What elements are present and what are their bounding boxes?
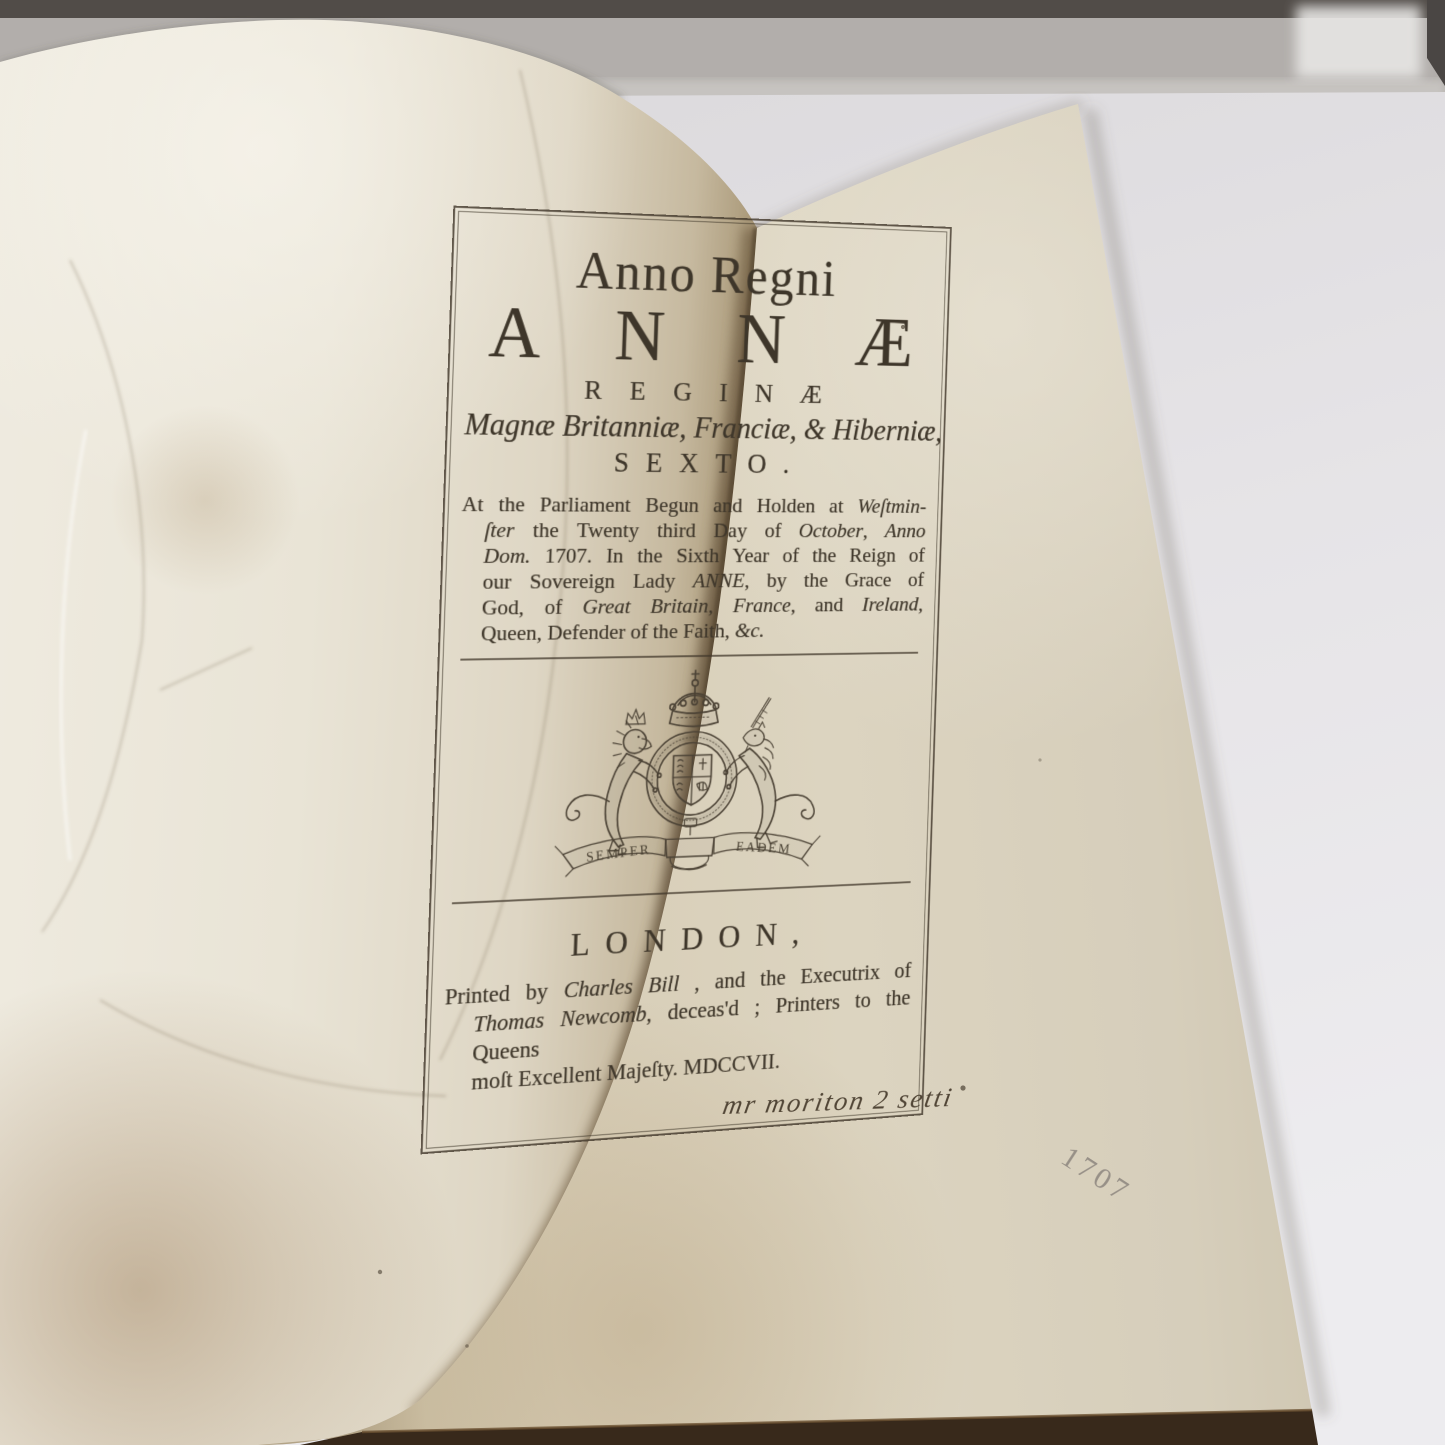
italic-text-segment: ANNE (692, 568, 745, 592)
text-segment: , (918, 592, 924, 616)
coat-of-arms: SEMPER EADEM (529, 660, 848, 896)
text-segment: , by the Grace of (744, 567, 924, 592)
text-segment: At the Parliament Begun and Holden at (461, 491, 857, 517)
title-annae: ANNÆ (466, 296, 999, 379)
italic-text-segment: October (798, 518, 863, 542)
title-page-frame: Anno Regni ANNÆ REGINÆ Magnæ Britanniæ, … (421, 206, 952, 1155)
text-line: At the Parliament Begun and Holden at We… (461, 491, 926, 518)
unicorn-supporter (721, 697, 817, 849)
imprint-paragraph: Printed by Charles Bill , and the Execut… (441, 956, 911, 1099)
text-segment: God, of (481, 594, 583, 620)
text-segment: , (863, 518, 886, 542)
italic-text-segment: ſter (484, 517, 515, 542)
italic-text-segment: Ireland (862, 592, 919, 616)
text-line: ſter the Twenty third Day of October, An… (460, 517, 925, 543)
text-line: our Sovereign Lady ANNE, by the Grace of (459, 567, 925, 595)
royal-shield (672, 755, 712, 806)
italic-text-segment: Great Britain (582, 593, 709, 618)
text-segment: the Twenty third Day of (514, 517, 799, 542)
border-rule-inner: Anno Regni ANNÆ REGINÆ Magnæ Britanniæ, … (426, 211, 948, 1149)
text-line: God, of Great Britain, France, and Irela… (458, 592, 924, 621)
photograph-of-book-title-page: Anno Regni ANNÆ REGINÆ Magnæ Britanniæ, … (0, 0, 1445, 1445)
rule-above-arms (460, 652, 918, 661)
text-segment: our Sovereign Lady (482, 568, 693, 594)
text-line: Dom. 1707. In the Sixth Year of the Reig… (460, 543, 926, 569)
text-segment: , (708, 593, 733, 617)
sexto-line: SEXTO. (463, 445, 944, 481)
text-line: Queen, Defender of the Faith, &c. (457, 616, 923, 647)
italic-text-segment: France (733, 593, 792, 617)
text-segment: Queen, Defender of the Faith, (480, 618, 735, 645)
italic-text-segment: Anno (884, 518, 925, 542)
italic-text-segment: &c. (734, 618, 764, 642)
preamble-paragraph: At the Parliament Begun and Holden at We… (457, 491, 927, 647)
crown (669, 670, 720, 727)
italic-text-segment: Weſtmin- (857, 494, 927, 518)
text-segment: , and (790, 592, 862, 616)
motto-right-text: EADEM (735, 840, 792, 857)
italic-text-segment: Dom. (483, 543, 531, 568)
realm-line: Magnæ Britanniæ, Franciæ, & Hiberniæ, (464, 407, 929, 447)
text-segment: 1707. In the Sixth Year of the Reign of (530, 543, 925, 568)
